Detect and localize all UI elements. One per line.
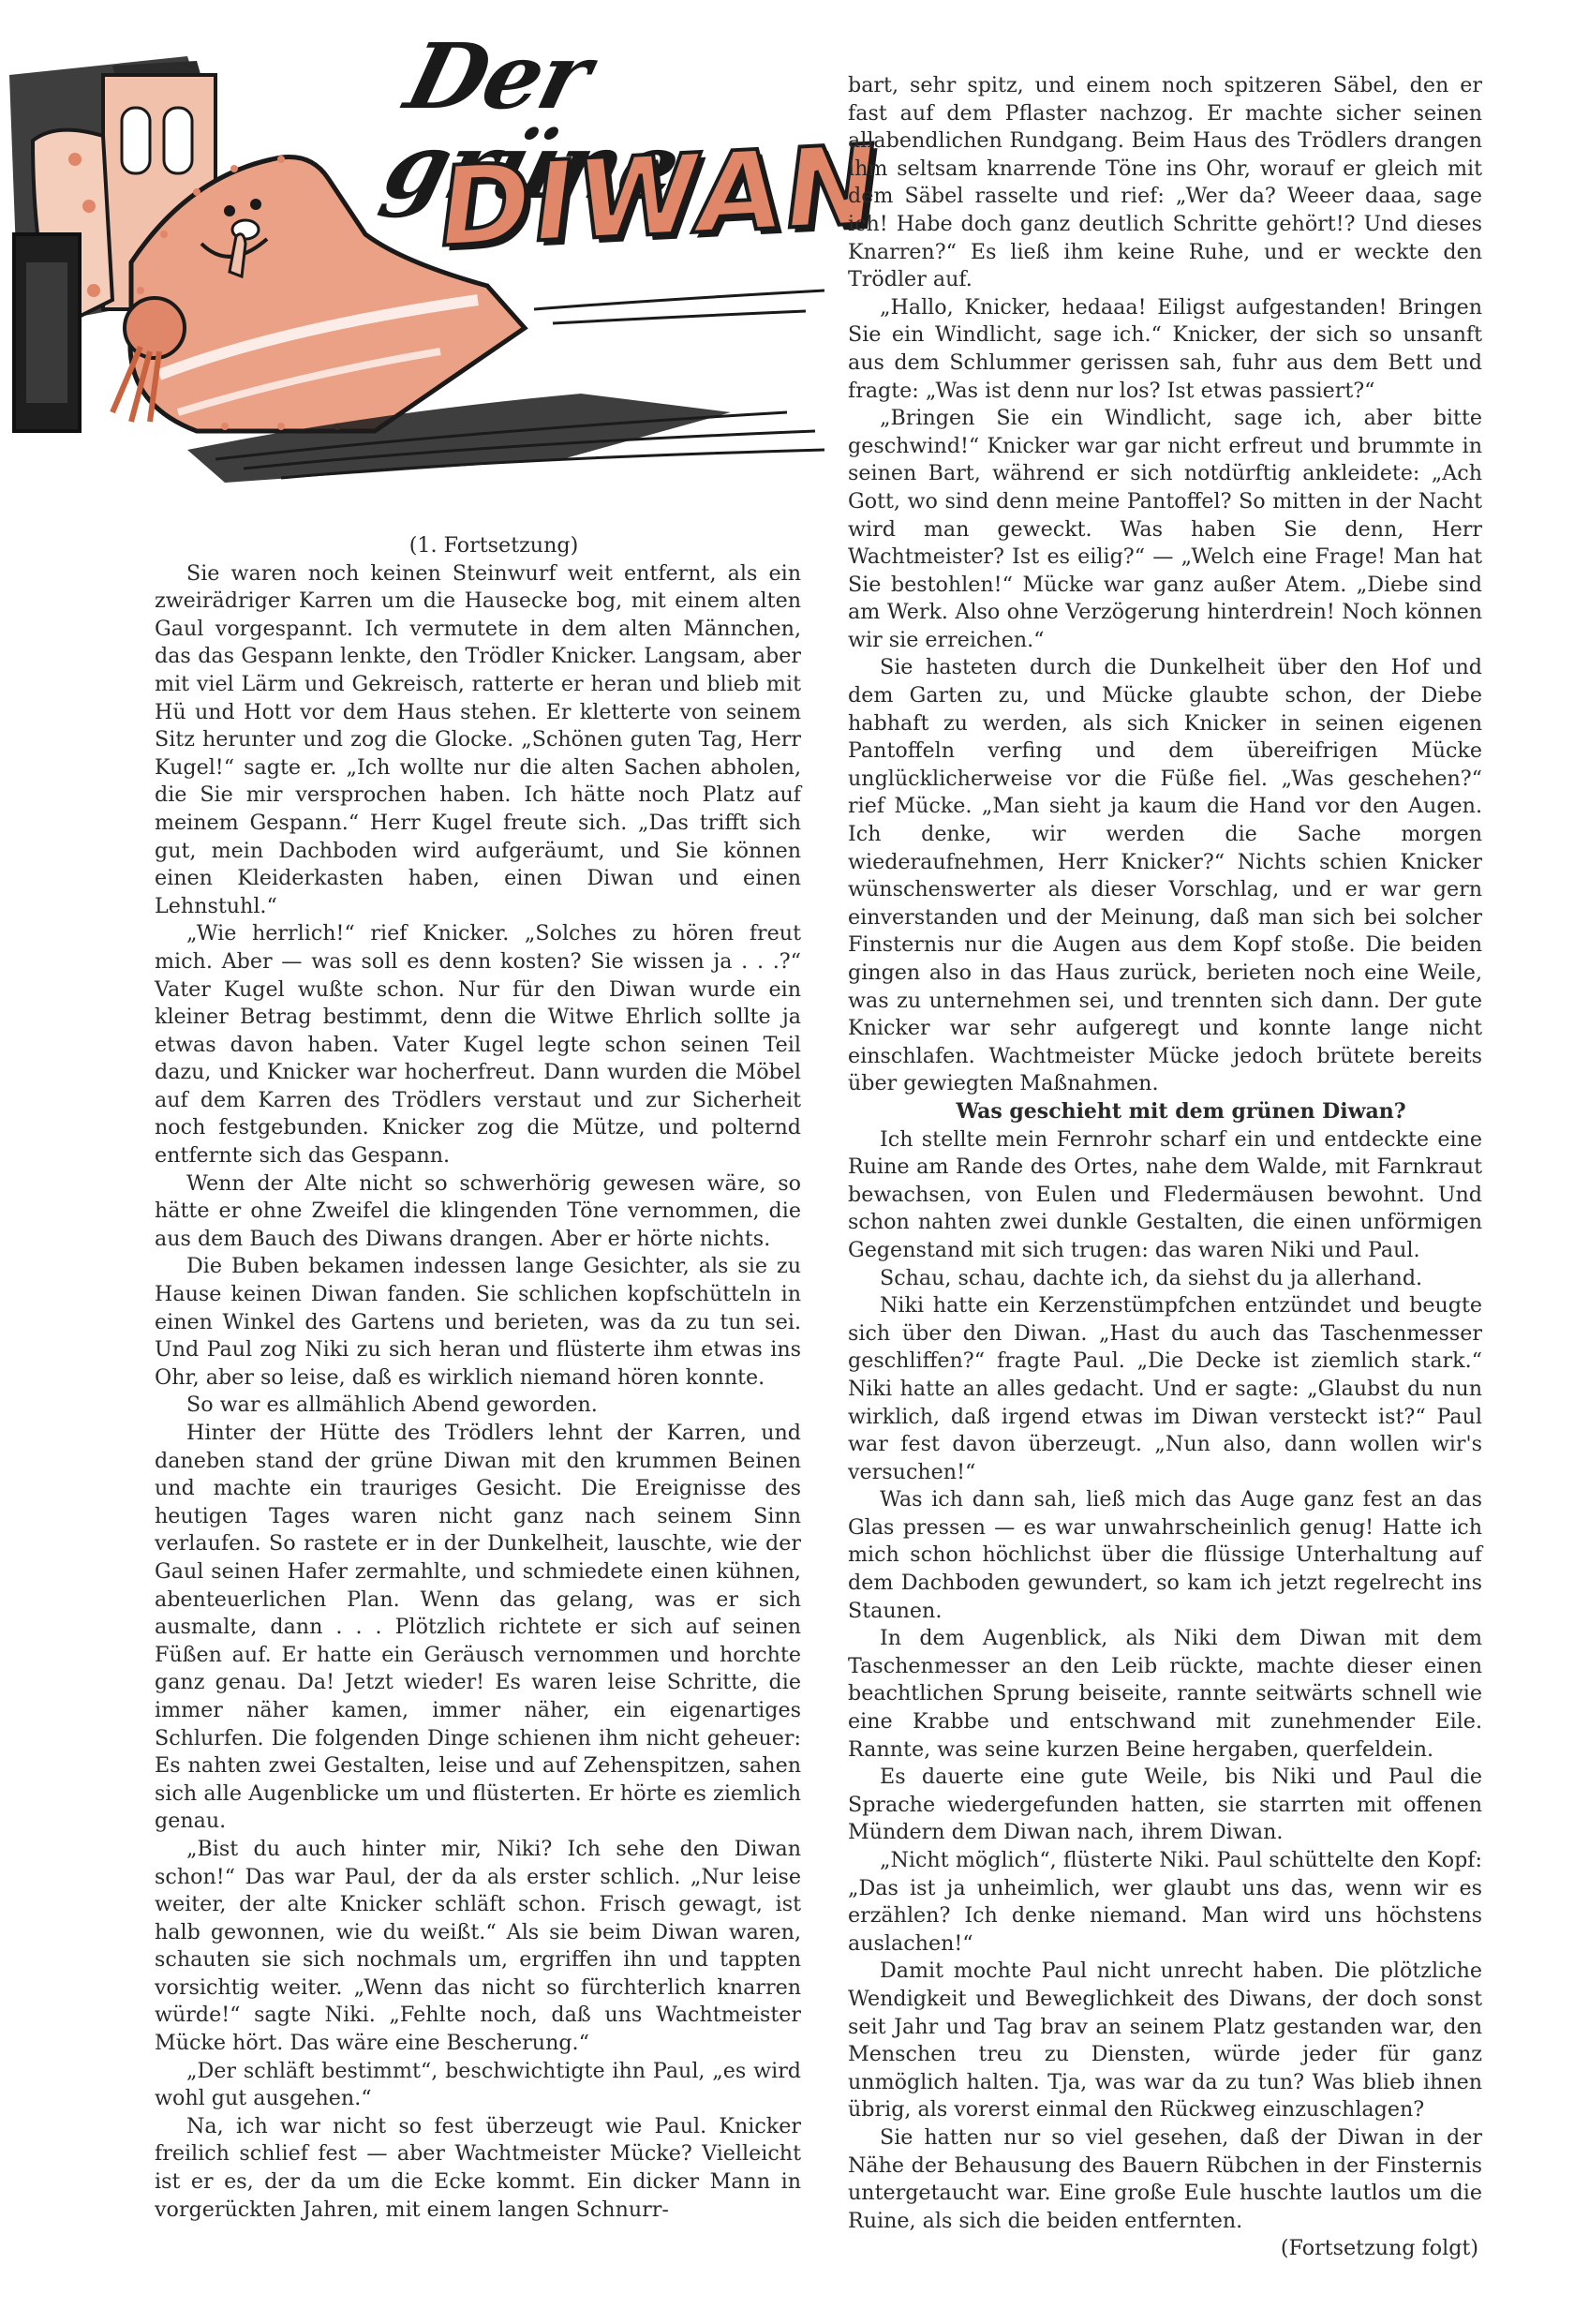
title-block: DIWAN [432,129,886,262]
continued-note: (Fortsetzung folgt) [848,2235,1482,2263]
paragraph: „Bringen Sie ein Windlicht, sage ich, ab… [848,405,1482,654]
paragraph: Es dauerte eine gute Weile, bis Niki und… [848,1764,1482,1847]
paragraph: Damit mochte Paul nicht unrecht haben. D… [848,1958,1482,2124]
paragraph: Schau, schau, dachte ich, da siehst du j… [848,1265,1482,1293]
paragraph: Ich stellte mein Fernrohr scharf ein und… [848,1126,1482,1265]
paragraph: „Nicht möglich“, flüsterte Niki. Paul sc… [848,1847,1482,1958]
paragraph: Sie hasteten durch die Dunkelheit über d… [848,654,1482,1098]
header-illustration: Der grüne DIWAN [0,19,843,487]
paragraph: „Hallo, Knicker, hedaaa! Eiligst aufgest… [848,294,1482,405]
paragraph: Hinter der Hütte des Trödlers lehnt der … [155,1420,801,1836]
paragraph: bart, sehr spitz, und einem noch spitzer… [848,72,1482,294]
paragraph: So war es allmählich Abend geworden. [155,1392,801,1420]
paragraph: „Wie herrlich!“ rief Knicker. „Solches z… [155,920,801,1169]
left-column: (1. Fortsetzung) Sie waren noch keinen S… [155,532,801,2224]
paragraph: „Bist du auch hinter mir, Niki? Ich sehe… [155,1836,801,2058]
paragraph: Sie waren noch keinen Steinwurf weit ent… [155,560,801,921]
paragraph: Was ich dann sah, ließ mich das Auge gan… [848,1486,1482,1625]
paragraph: Sie hatten nur so viel gesehen, daß der … [848,2124,1482,2235]
paragraph: „Der schläft bestimmt“, beschwichtigte i… [155,2058,801,2113]
magazine-page: Der grüne DIWAN (1. Fortsetzung) Sie war… [0,0,1589,2324]
paragraph: Die Buben bekamen indessen lange Gesicht… [155,1253,801,1392]
section-heading: Was geschieht mit dem grünen Diwan? [848,1098,1482,1126]
paragraph: In dem Augenblick, als Niki dem Diwan mi… [848,1625,1482,1764]
paragraph: Na, ich war nicht so fest überzeugt wie … [155,2113,801,2224]
paragraph: Niki hatte ein Kerzenstümpfchen entzünde… [848,1292,1482,1486]
installment-subtitle: (1. Fortsetzung) [155,532,801,560]
right-column: bart, sehr spitz, und einem noch spitzer… [848,72,1482,2263]
paragraph: Wenn der Alte nicht so schwerhörig gewes… [155,1170,801,1254]
